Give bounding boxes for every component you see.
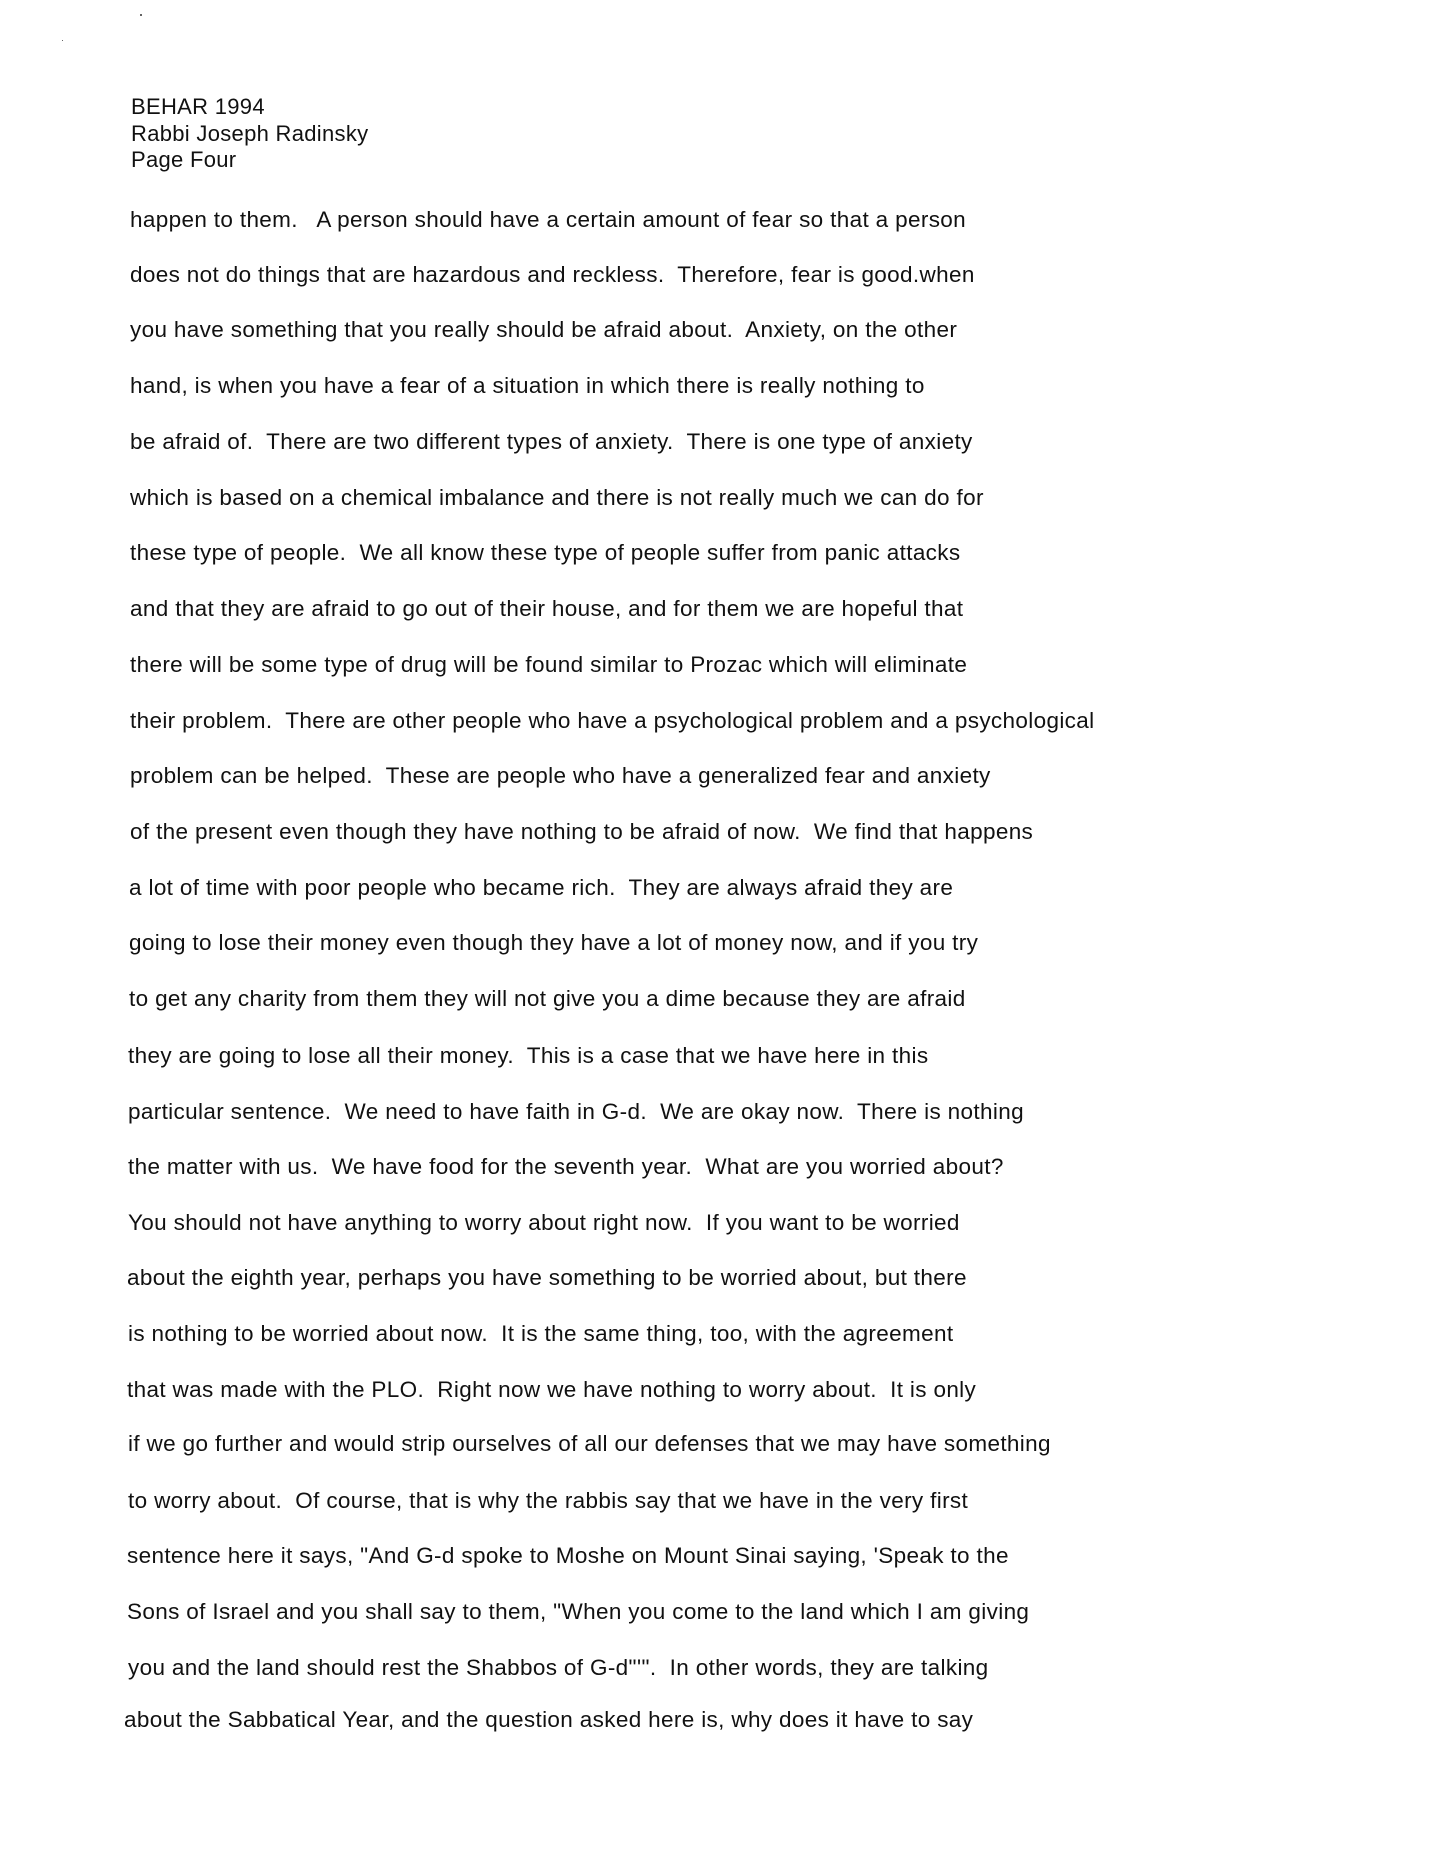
- text-line: to get any charity from them they will n…: [129, 984, 966, 1014]
- text-line: these type of people. We all know these …: [130, 538, 960, 568]
- text-line: that was made with the PLO. Right now we…: [127, 1375, 976, 1405]
- text-line: particular sentence. We need to have fai…: [128, 1097, 1024, 1127]
- text-line: of the present even though they have not…: [130, 817, 1033, 847]
- document-title: BEHAR 1994: [131, 94, 368, 121]
- text-line: happen to them. A person should have a c…: [130, 205, 966, 235]
- text-line: to worry about. Of course, that is why t…: [128, 1486, 968, 1516]
- text-line: sentence here it says, "And G-d spoke to…: [127, 1541, 1009, 1571]
- text-line: there will be some type of drug will be …: [130, 650, 967, 680]
- text-line: does not do things that are hazardous an…: [130, 260, 975, 290]
- document-header: BEHAR 1994 Rabbi Joseph Radinsky Page Fo…: [131, 94, 368, 174]
- scan-speck: [62, 40, 63, 41]
- text-line: you and the land should rest the Shabbos…: [128, 1653, 989, 1683]
- text-line: about the Sabbatical Year, and the quest…: [124, 1705, 973, 1735]
- text-line: problem can be helped. These are people …: [130, 761, 991, 791]
- text-line: their problem. There are other people wh…: [130, 706, 1095, 736]
- text-line: which is based on a chemical imbalance a…: [130, 483, 984, 513]
- scan-speck: [140, 14, 142, 16]
- text-line: if we go further and would strip ourselv…: [128, 1429, 1051, 1459]
- text-line: You should not have anything to worry ab…: [128, 1208, 960, 1238]
- text-line: a lot of time with poor people who becam…: [129, 873, 953, 903]
- text-line: they are going to lose all their money. …: [128, 1041, 928, 1071]
- text-line: about the eighth year, perhaps you have …: [127, 1263, 967, 1293]
- text-line: the matter with us. We have food for the…: [128, 1152, 1004, 1182]
- text-line: be afraid of. There are two different ty…: [130, 427, 973, 457]
- text-line: you have something that you really shoul…: [130, 315, 957, 345]
- text-line: is nothing to be worried about now. It i…: [128, 1319, 953, 1349]
- document-author: Rabbi Joseph Radinsky: [131, 121, 368, 148]
- text-line: hand, is when you have a fear of a situa…: [130, 371, 925, 401]
- text-line: going to lose their money even though th…: [129, 928, 978, 958]
- text-line: Sons of Israel and you shall say to them…: [127, 1597, 1029, 1627]
- text-line: and that they are afraid to go out of th…: [130, 594, 963, 624]
- page-label: Page Four: [131, 147, 368, 174]
- document-page: BEHAR 1994 Rabbi Joseph Radinsky Page Fo…: [0, 0, 1430, 1851]
